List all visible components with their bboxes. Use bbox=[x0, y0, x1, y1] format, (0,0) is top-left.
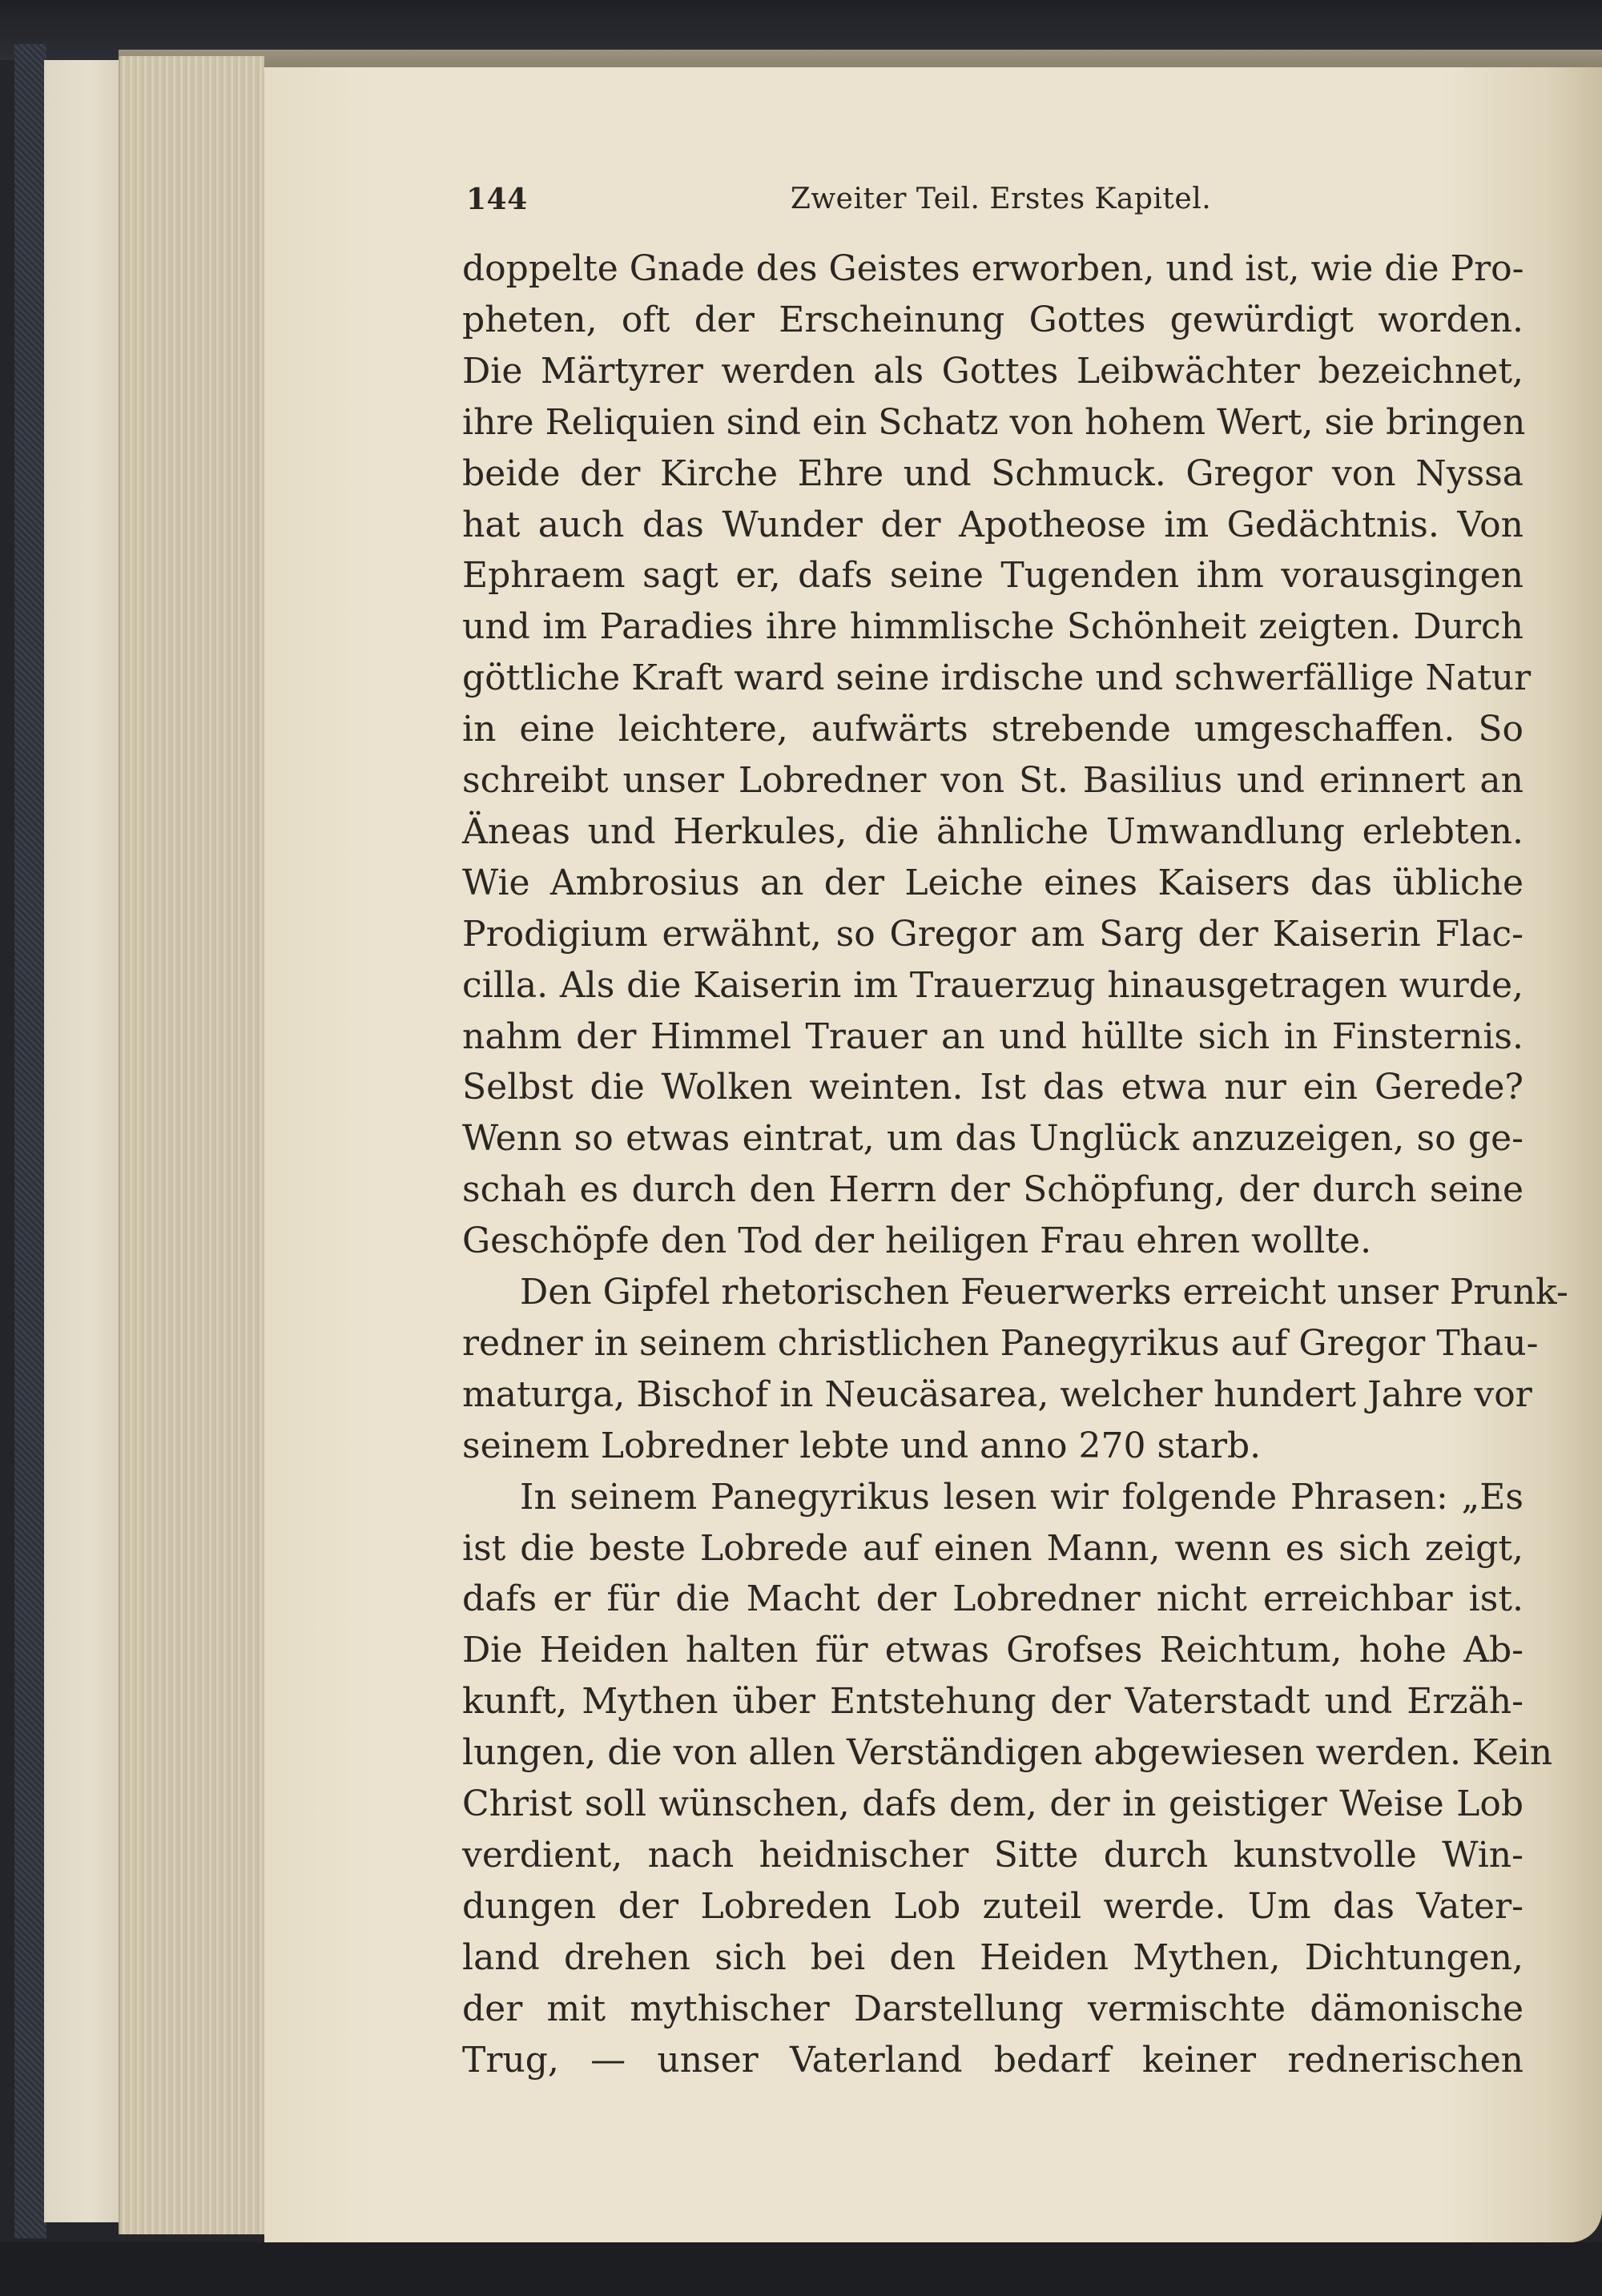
text-line: und im Paradies ihre himmlische Schönhei… bbox=[462, 603, 1524, 651]
text-line: Prodigium erwähnt, so Gregor am Sarg der… bbox=[462, 911, 1524, 959]
text-line: kunft, Mythen über Entstehung der Vaters… bbox=[462, 1678, 1524, 1726]
text-line: Selbst die Wolken weinten. Ist das etwa … bbox=[462, 1064, 1524, 1112]
text-line: hat auch das Wunder der Apotheose im Ged… bbox=[462, 501, 1524, 549]
text-line: Wie Ambrosius an der Leiche eines Kaiser… bbox=[462, 859, 1524, 907]
text-line: dafs er für die Macht der Lobredner nich… bbox=[462, 1575, 1524, 1623]
text-line: Äneas und Herkules, die ähnliche Umwandl… bbox=[462, 808, 1524, 856]
book-cover-cloth bbox=[14, 44, 46, 2238]
text-line: Die Heiden halten für etwas Grofses Reic… bbox=[462, 1627, 1524, 1675]
text-line: In seinem Panegyrikus lesen wir folgende… bbox=[462, 1474, 1524, 1522]
text-line: ihre Reliquien sind ein Schatz von hohem… bbox=[462, 399, 1524, 447]
text-line: Trug, — unser Vaterland bedarf keiner re… bbox=[462, 2037, 1524, 2085]
text-line: ist die beste Lobrede auf einen Mann, we… bbox=[462, 1525, 1524, 1573]
text-line: cilla. Als die Kaiserin im Trauerzug hin… bbox=[462, 962, 1524, 1010]
text-line: schah es durch den Herrn der Schöpfung, … bbox=[462, 1166, 1524, 1214]
text-line: redner in seinem christlichen Panegyriku… bbox=[462, 1320, 1524, 1368]
text-line: land drehen sich bei den Heiden Mythen, … bbox=[462, 1934, 1524, 1982]
page-top-edge bbox=[119, 50, 1602, 67]
text-line: lungen, die von allen Verständigen abgew… bbox=[462, 1729, 1524, 1777]
text-line: Geschöpfe den Tod der heiligen Frau ehre… bbox=[462, 1217, 1524, 1265]
text-line: Die Märtyrer werden als Gottes Leibwächt… bbox=[462, 348, 1524, 396]
text-line: Christ soll wünschen, dafs dem, der in g… bbox=[462, 1780, 1524, 1828]
text-line: Ephraem sagt er, dafs seine Tugenden ihm… bbox=[462, 552, 1524, 600]
endpaper-edge bbox=[44, 60, 120, 2222]
text-line: dungen der Lobreden Lob zuteil werde. Um… bbox=[462, 1883, 1524, 1931]
text-line: maturga, Bischof in Neucäsarea, welcher … bbox=[462, 1371, 1524, 1419]
page-stack-edge bbox=[119, 56, 264, 2234]
text-line: schreibt unser Lobredner von St. Basiliu… bbox=[462, 757, 1524, 805]
text-line: Den Gipfel rhetorischen Feuerwerks errei… bbox=[462, 1269, 1524, 1317]
text-line: nahm der Himmel Trauer an und hüllte sic… bbox=[462, 1013, 1524, 1061]
text-line: Wenn so etwas eintrat, um das Unglück an… bbox=[462, 1115, 1524, 1163]
book-binding-bottom bbox=[0, 2242, 1602, 2296]
running-head: 144 Zweiter Teil. Erstes Kapitel. bbox=[462, 183, 1524, 231]
text-line: der mit mythischer Darstellung vermischt… bbox=[462, 1985, 1524, 2033]
text-line: doppelte Gnade des Geistes erworben, und… bbox=[462, 245, 1524, 293]
text-line: verdient, nach heidnischer Sitte durch k… bbox=[462, 1832, 1524, 1880]
text-line: beide der Kirche Ehre und Schmuck. Grego… bbox=[462, 450, 1524, 498]
text-line: göttliche Kraft ward seine irdische und … bbox=[462, 654, 1524, 702]
text-line: in eine leichtere, aufwärts strebende um… bbox=[462, 706, 1524, 754]
text-line: seinem Lobredner lebte und anno 270 star… bbox=[462, 1422, 1524, 1470]
text-line: pheten, oft der Erscheinung Gottes gewür… bbox=[462, 296, 1524, 344]
chapter-heading: Zweiter Teil. Erstes Kapitel. bbox=[462, 183, 1524, 215]
